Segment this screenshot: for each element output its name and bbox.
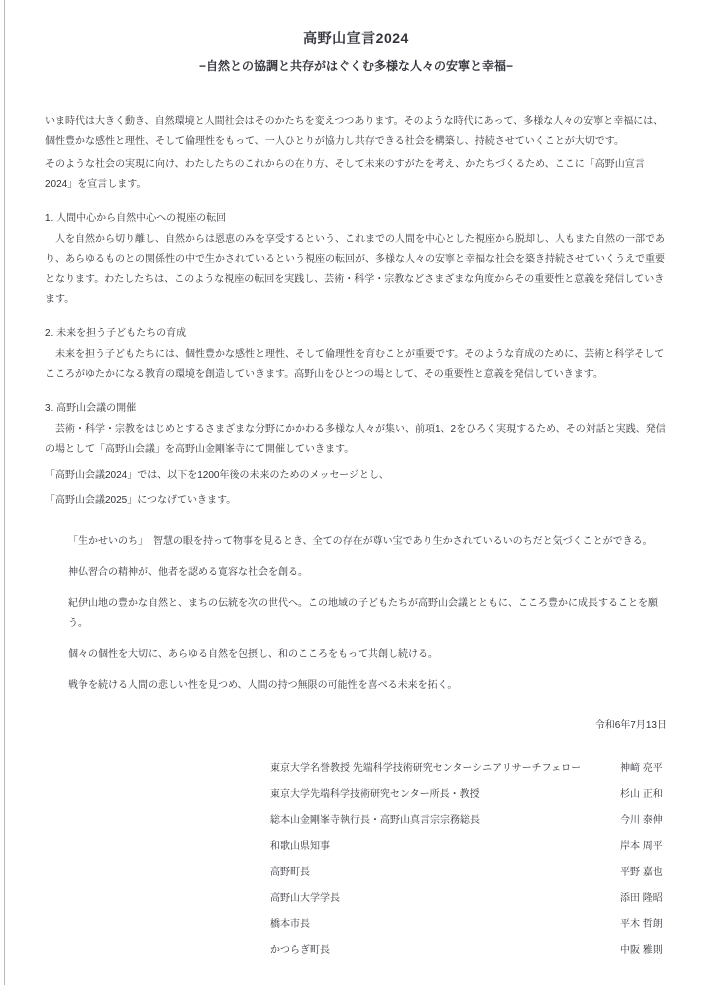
signatory-row: 高野町長 平野 嘉也 (270, 866, 667, 892)
signatory-row: 総本山金剛峯寺執行長・高野山真言宗宗務総長 今川 泰伸 (270, 814, 667, 840)
message-line: 神仏習合の精神が、他者を認める寛容な社会を創る。 (68, 563, 667, 583)
intro-paragraph-1: いま時代は大きく動き、自然環境と人間社会はそのかたちを変えつつあります。そのよう… (45, 112, 667, 152)
intro-paragraph-2: そのような社会の実現に向け、わたしたちのこれからの在り方、そして未来のすがたを考… (45, 155, 667, 195)
document-page: 高野山宣言2024 −自然との協調と共存がはぐくむ多様な人々の安寧と幸福− いま… (0, 0, 709, 970)
section-3-body: 芸術・科学・宗教をはじめとするさまざまな分野にかかわる多様な人々が集い、前項1、… (45, 420, 667, 460)
signatory-name: 平野 嘉也 (620, 866, 667, 880)
signatory-title: 高野町長 (270, 866, 620, 880)
signatory-name: 岸本 周平 (620, 840, 667, 854)
signatory-title: 東京大学名誉教授 先端科学技術研究センターシニアリサーチフェロー (270, 762, 620, 776)
signatory-name: 平木 哲朗 (620, 918, 667, 932)
section-1-body: 人を自然から切り離し、自然からは恩恵のみを享受するという、これまでの人間を中心と… (45, 230, 667, 310)
bridge-line-2024: 「高野山会議2024」では、以下を1200年後の未来のためのメッセージとし、 (45, 466, 667, 486)
signatory-list: 東京大学名誉教授 先端科学技術研究センターシニアリサーチフェロー 神﨑 亮平 東… (270, 762, 667, 970)
message-line: 個々の個性を大切に、あらゆる自然を包摂し、和のこころをもって共創し続ける。 (68, 645, 667, 665)
message-line: 戦争を続ける人間の悲しい性を見つめ、人間の持つ無限の可能性を喜べる未来を拓く。 (68, 676, 667, 696)
doc-subtitle: −自然との協調と共存がはぐくむ多様な人々の安寧と幸福− (45, 59, 667, 73)
signatory-title: 高野山大学学長 (270, 892, 620, 906)
message-line: 「生かせいのち」 智慧の眼を持って物事を見るとき、全ての存在が尊い宝であり生かさ… (68, 532, 667, 552)
signatory-row: 東京大学名誉教授 先端科学技術研究センターシニアリサーチフェロー 神﨑 亮平 (270, 762, 667, 788)
doc-title: 高野山宣言2024 (45, 30, 667, 46)
signatory-row: 東京大学先端科学技術研究センター所長・教授 杉山 正和 (270, 788, 667, 814)
section-2-body: 未来を担う子どもたちには、個性豊かな感性と理性、そして倫理性を育むことが重要です… (45, 345, 667, 385)
signatory-name: 添田 隆昭 (620, 892, 667, 906)
date-line: 令和6年7月13日 (45, 716, 667, 736)
signatory-name: 今川 泰伸 (620, 814, 667, 828)
signatory-row: 和歌山県知事 岸本 周平 (270, 840, 667, 866)
signatory-row: かつらぎ町長 中阪 雅則 (270, 944, 667, 970)
section-2-heading: 2. 未来を担う子どもたちの育成 (45, 325, 667, 343)
section-3-heading: 3. 高野山会議の開催 (45, 400, 667, 418)
signatory-name: 神﨑 亮平 (620, 762, 667, 776)
bridge-line-2025: 「高野山会議2025」につなげていきます。 (45, 491, 667, 511)
section-1-heading: 1. 人間中心から自然中心への視座の転回 (45, 210, 667, 228)
message-line: 紀伊山地の豊かな自然と、まちの伝統を次の世代へ。この地域の子どもたちが高野山会議… (68, 594, 667, 634)
message-list: 「生かせいのち」 智慧の眼を持って物事を見るとき、全ての存在が尊い宝であり生かさ… (68, 532, 667, 696)
signatory-title: 橋本市長 (270, 918, 620, 932)
signatory-row: 高野山大学学長 添田 隆昭 (270, 892, 667, 918)
signatory-title: 東京大学先端科学技術研究センター所長・教授 (270, 788, 620, 802)
signatory-row: 橋本市長 平木 哲朗 (270, 918, 667, 944)
signatory-title: 総本山金剛峯寺執行長・高野山真言宗宗務総長 (270, 814, 620, 828)
signatory-title: かつらぎ町長 (270, 944, 620, 958)
signatory-title: 和歌山県知事 (270, 840, 620, 854)
signatory-name: 中阪 雅則 (620, 944, 667, 958)
signatory-name: 杉山 正和 (620, 788, 667, 802)
